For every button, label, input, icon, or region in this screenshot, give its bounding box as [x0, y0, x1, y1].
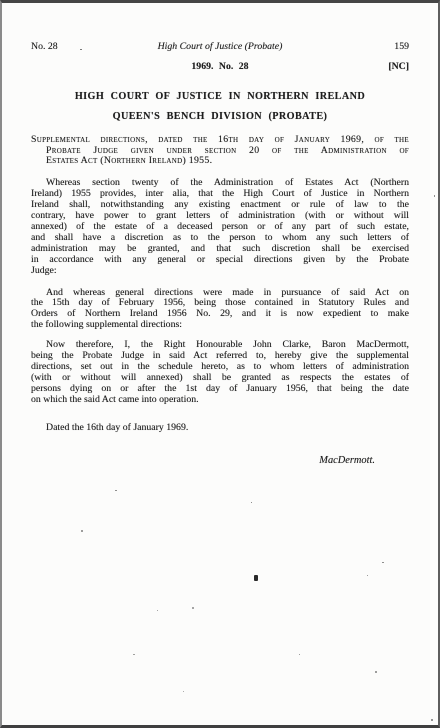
page-number: 159 — [329, 42, 409, 53]
paragraph-whereas: Whereas section twenty of the Administra… — [31, 178, 409, 276]
text-line: Estates Act (Northern Ireland) 1955. — [31, 156, 409, 167]
text-line: Judge: — [31, 266, 409, 277]
ink-speck — [375, 671, 377, 673]
citation-text: 1969. No. 28 — [191, 61, 248, 72]
ink-speck — [299, 654, 300, 655]
dated-line: Dated the 16th day of January 1969. — [31, 423, 409, 434]
document-page: No. 28 High Court of Justice (Probate) 1… — [0, 0, 440, 728]
citation-line: 1969. No. 28 [NC] — [31, 62, 409, 73]
paragraph-and-whereas: And whereas general directions were made… — [31, 288, 409, 332]
ink-speck — [382, 562, 384, 563]
ink-blob — [254, 575, 258, 581]
text-line: the following supplemental directions: — [31, 320, 409, 331]
ink-speck — [251, 502, 252, 503]
text-line: Supplemental directions, dated the 16th … — [31, 135, 409, 146]
citation-tag: [NC] — [388, 62, 409, 73]
ink-speck — [157, 610, 158, 611]
ink-speck — [367, 575, 368, 576]
supplemental-directions-heading: Supplemental directions, dated the 16th … — [31, 135, 409, 168]
running-head-title: High Court of Justice (Probate) — [111, 42, 329, 53]
ink-speck — [434, 195, 435, 197]
ink-speck — [192, 607, 194, 609]
ink-speck — [80, 49, 82, 50]
text-line: on which the said Act came into operatio… — [31, 395, 409, 406]
division-title: QUEEN'S BENCH DIVISION (PROBATE) — [31, 112, 409, 123]
paragraph-now-therefore: Now therefore, I, the Right Honourable J… — [31, 340, 409, 405]
document-number: No. 28 — [31, 42, 111, 53]
text-line: in accordance with any general or specia… — [31, 255, 409, 266]
ink-speck — [431, 719, 433, 721]
ink-speck — [183, 691, 184, 692]
running-head: No. 28 High Court of Justice (Probate) 1… — [31, 42, 409, 53]
signature: MacDermott. — [31, 456, 409, 467]
ink-speck — [81, 530, 83, 532]
court-title: HIGH COURT OF JUSTICE IN NORTHERN IRELAN… — [31, 92, 409, 103]
ink-speck — [115, 490, 117, 491]
ink-speck — [133, 654, 135, 655]
